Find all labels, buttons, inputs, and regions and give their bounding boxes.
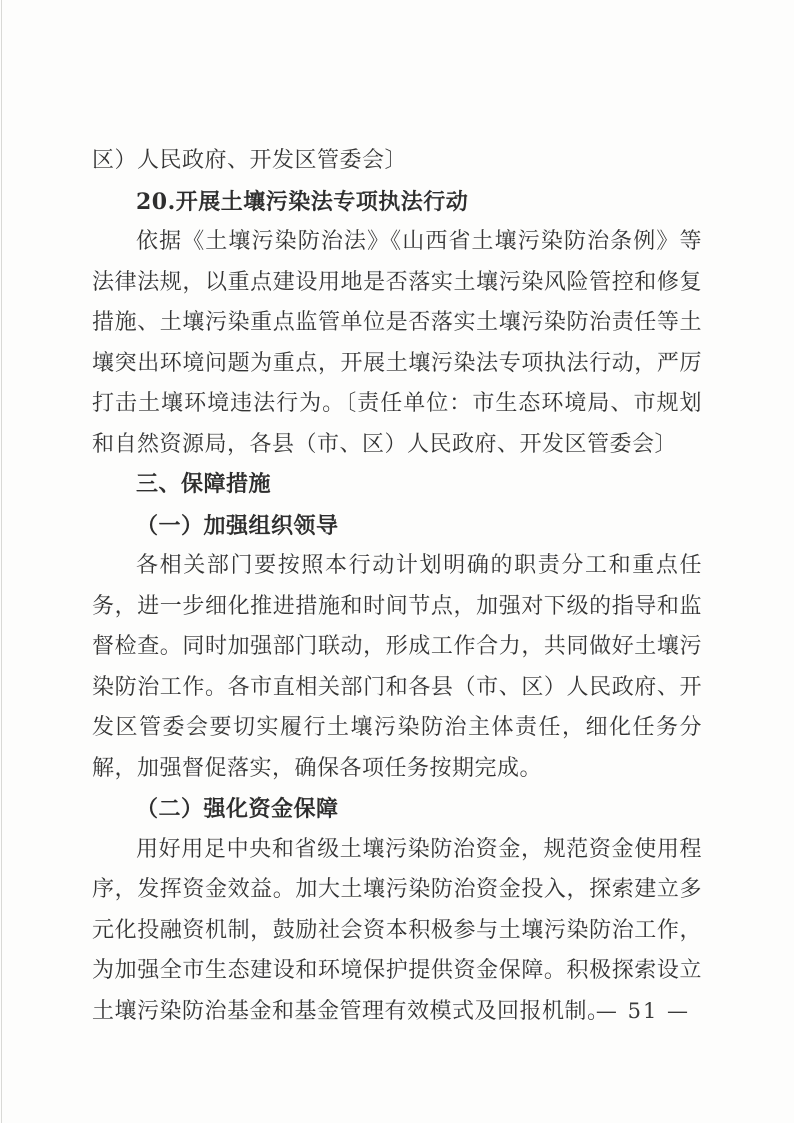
subsection-heading-2: （二）强化资金保障 <box>92 789 702 830</box>
document-page: 区）人民政府、开发区管委会〕20.开展土壤污染法专项执法行动依据《土壤污染防治法… <box>0 0 794 1123</box>
subsection-heading-1: （一）加强组织领导 <box>92 506 702 547</box>
continuation-line: 区）人民政府、开发区管委会〕 <box>92 141 702 182</box>
section-heading-20: 20.开展土壤污染法专项执法行动 <box>92 182 702 223</box>
page-number: — 51 — <box>596 998 690 1024</box>
chapter-heading-3: 三、保障措施 <box>92 465 702 506</box>
scan-edge-artifact <box>1 0 2 1123</box>
paragraph-law-enforcement: 依据《土壤污染防治法》《山西省土壤污染防治条例》等法律法规，以重点建设用地是否落… <box>92 222 702 465</box>
document-body: 区）人民政府、开发区管委会〕20.开展土壤污染法专项执法行动依据《土壤污染防治法… <box>92 141 702 1032</box>
paragraph-organization: 各相关部门要按照本行动计划明确的职责分工和重点任务，进一步细化推进措施和时间节点… <box>92 546 702 789</box>
